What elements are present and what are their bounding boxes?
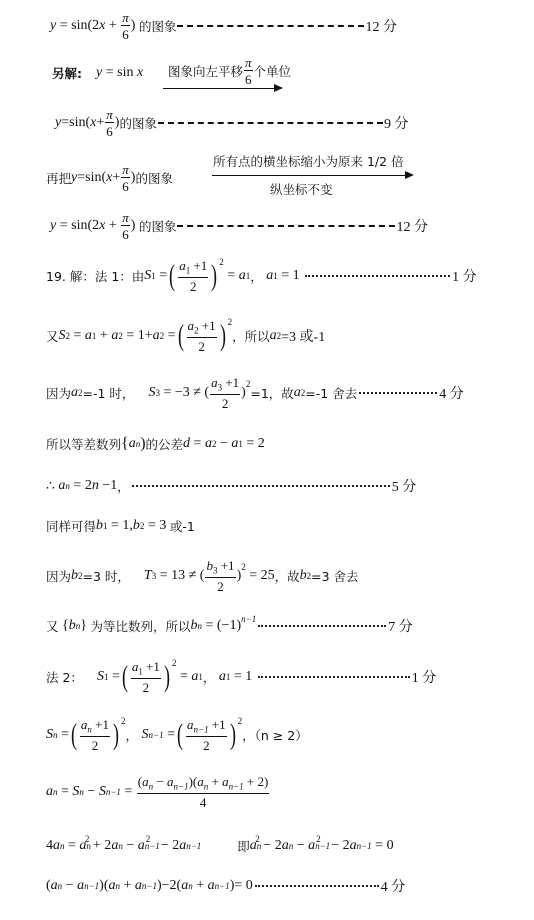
text-also: 又	[46, 617, 59, 635]
leader-dashes	[177, 225, 395, 227]
leader-dashes	[177, 25, 364, 27]
formula-line-2: y=sin(x+π6) 的图象 9 分	[55, 105, 408, 141]
leader-dashes	[158, 122, 383, 124]
formula-line-1: y = sin(2x + π6) 的图象 12 分	[50, 8, 397, 44]
arrow-label-pre: 图象向左平移	[168, 62, 243, 80]
text-when: =-1 时，	[83, 384, 135, 402]
text-namely: 即	[237, 837, 250, 855]
text-also: 又	[46, 327, 59, 345]
shift-arrow-label: 图象向左平移 π6 个单位	[168, 54, 291, 88]
method-2-label: 法 2：	[46, 668, 83, 686]
q19-heading: 19. 解：法 1：由	[46, 267, 144, 285]
result: =3 或-1	[281, 326, 325, 346]
sep: ，	[126, 726, 139, 744]
q19-line-6: 同样可得 b1 = 1,b2 = 3 或-1	[46, 514, 195, 538]
text-when: =3 时，	[83, 567, 130, 585]
leader-dots	[359, 392, 437, 394]
text-so: ，故	[275, 567, 300, 585]
sep: ，	[203, 668, 216, 686]
score-label: 7 分	[388, 616, 413, 636]
right-arrow-icon	[163, 88, 281, 89]
score-label: 1 分	[412, 667, 437, 687]
right-arrow-icon	[212, 175, 412, 176]
q19-line-9: 法 2： S1 = (a1 +12)2 = a1， a1 = 1 1 分	[46, 654, 436, 700]
text-or: 或-1	[170, 517, 195, 535]
leader-dots	[132, 485, 390, 487]
formula-line-4: y = sin(2x + π6) 的图象 12 分	[50, 208, 428, 244]
text-graph-of: 的图象	[119, 114, 157, 132]
score-label: 12 分	[396, 216, 428, 236]
sep: ，	[250, 267, 263, 285]
score-label: 4 分	[439, 383, 464, 403]
score-label: 5 分	[392, 476, 417, 496]
leader-dots	[258, 625, 386, 627]
score-label: 4 分	[381, 876, 406, 896]
text-eq-so: =1，故	[250, 384, 293, 402]
q19-line-5: ∴ an = 2n −1 ， 5 分	[46, 474, 416, 498]
condition: ，（n ≥ 2）	[242, 726, 308, 744]
leader-dots	[258, 676, 410, 678]
q19-line-8: 又 {bn} 为等比数列，所以 bn = (−1)n−1 7 分	[46, 614, 413, 638]
q19-line-10: Sn = (an +12)2 ， Sn−1 = (an−1 +12)2 ，（n …	[46, 712, 308, 758]
q19-line-13: (an − an−1)(an + an−1)−2(an + an−1)= 0 4…	[46, 874, 405, 898]
q19-line-4: 所以等差数列 {an) 的公差 d = a2 − a1 = 2	[46, 432, 265, 456]
text-discard: =3 舍去	[311, 567, 358, 585]
text-discard: =-1 舍去	[305, 384, 357, 402]
q19-line-1: 19. 解：法 1：由 S1 = (a1 +12)2 = a1， a1 = 1 …	[46, 253, 477, 299]
leader-dots	[255, 885, 379, 887]
text-graph-of: 的图象	[135, 169, 173, 187]
formula-line-3: 再把 y=sin(x+π6) 的图象	[46, 160, 173, 196]
alt-solution-line: 另解: y = sin x	[52, 60, 143, 86]
score-label: 12 分	[365, 16, 397, 36]
text-geom-seq: 为等比数列，所以	[90, 617, 190, 635]
arrow-bottom-label: 纵坐标不变	[270, 180, 333, 198]
text-similarly: 同样可得	[46, 517, 96, 535]
alt-solution-label: 另解:	[52, 64, 82, 82]
text-graph-of: 的图象	[139, 217, 177, 235]
sep: ，	[117, 477, 130, 495]
leader-dots	[305, 275, 450, 277]
score-label: 9 分	[384, 113, 409, 133]
score-label: 1 分	[452, 266, 477, 286]
q19-line-3: 因为 a2=-1 时， S3 = −3 ≠ ( a3 +12)2 =1，故 a2…	[46, 373, 464, 413]
text-arith-seq: 所以等差数列	[46, 435, 121, 453]
text-then: 再把	[46, 169, 71, 187]
text-graph-of: 的图象	[139, 17, 177, 35]
arrow-label-post: 个单位	[254, 62, 292, 80]
q19-line-12: 4an = an2 + 2an − an−12 − 2an−1 即 an2 − …	[46, 834, 394, 858]
text-because: 因为	[46, 567, 71, 585]
text-common-diff: 的公差	[146, 435, 184, 453]
therefore-symbol: ∴	[46, 478, 55, 495]
text-therefore: ，所以	[232, 327, 270, 345]
text-because: 因为	[46, 384, 71, 402]
q19-line-2: 又 S2 = a1 + a2 = 1+ a2 = (a2 +12)2 ，所以 a…	[46, 313, 325, 359]
arrow-top-label: 所有点的横坐标缩小为原来 1/2 倍	[213, 152, 404, 170]
q19-line-7: 因为 b2=3 时， T3 = 13 ≠ ( b3 +12)2 = 25 ，故 …	[46, 556, 359, 596]
q19-line-11: an = Sn − Sn−1 = (an − an−1)(an + an−1 +…	[46, 772, 270, 812]
